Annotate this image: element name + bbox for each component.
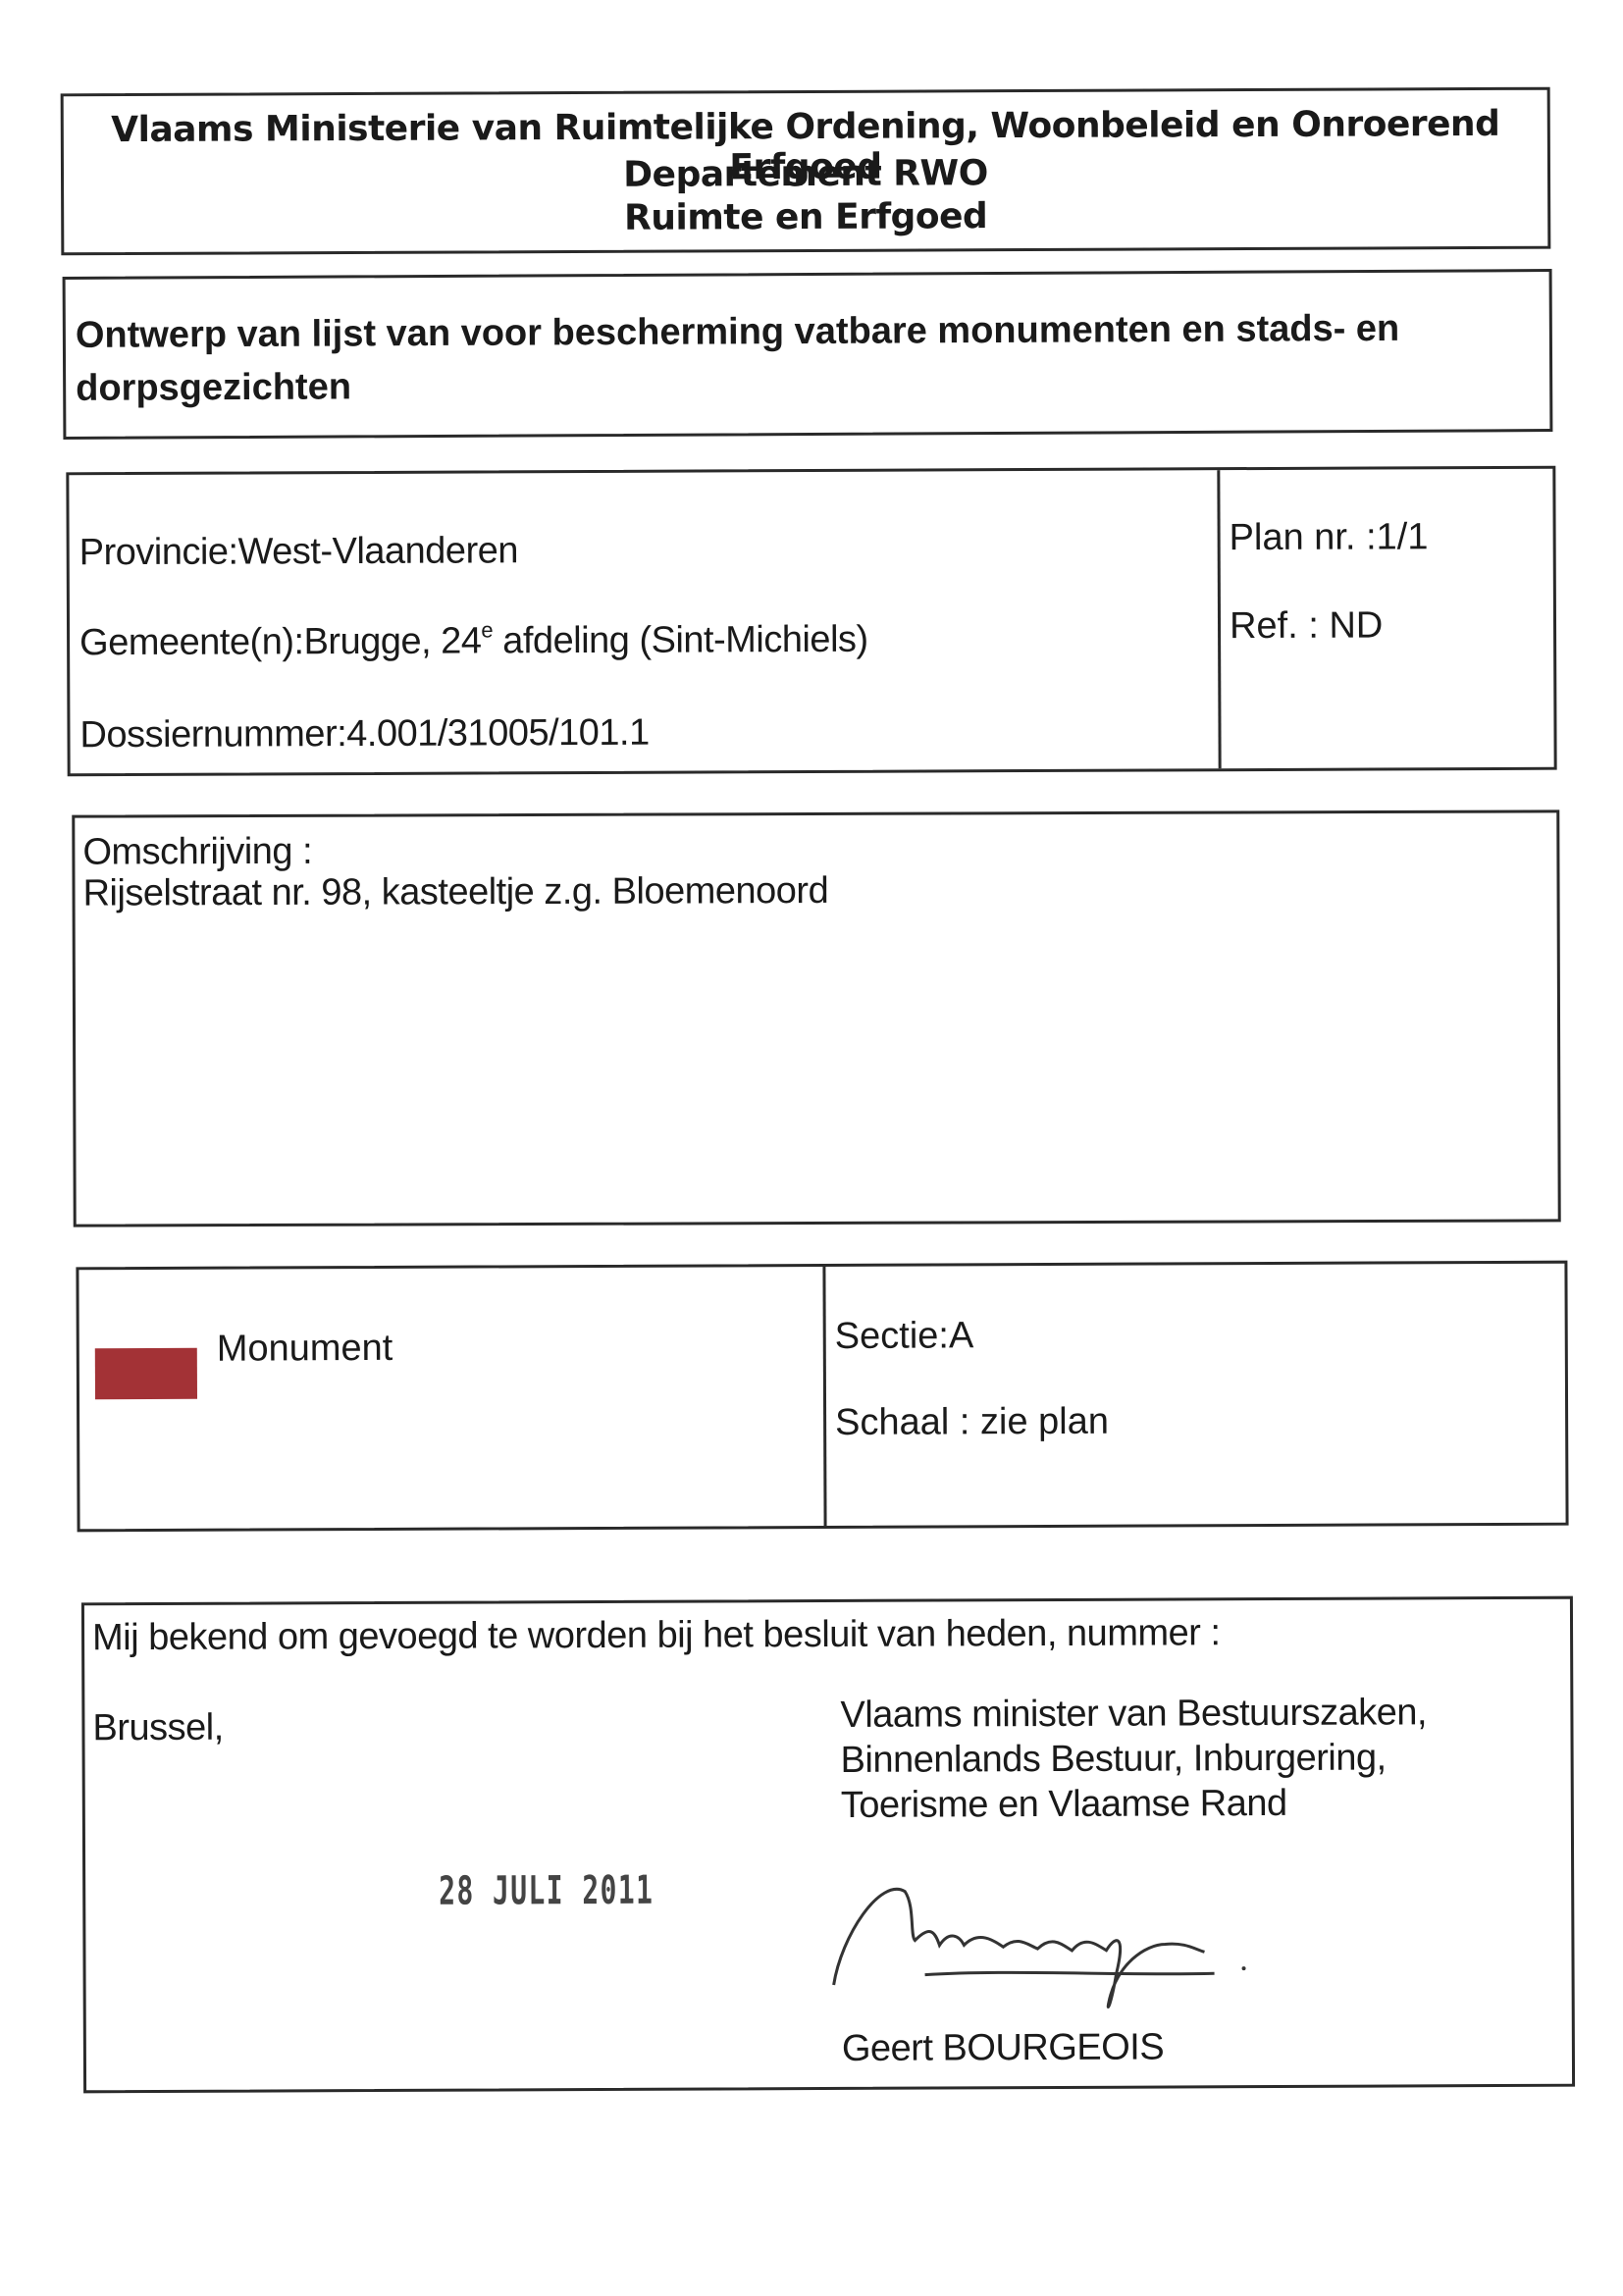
monument-label: Monument	[217, 1328, 393, 1371]
sectie-field: Sectie:A	[835, 1315, 974, 1358]
location-info-box: Provincie:West-Vlaanderen Gemeente(n):Br…	[66, 466, 1556, 777]
department-name: Departement RWO	[64, 151, 1547, 198]
legend-box: Monument Sectie:A Schaal : zie plan	[76, 1261, 1568, 1533]
minister-title: Vlaams minister van Bestuurszaken, Binne…	[840, 1690, 1427, 1828]
column-divider	[822, 1267, 826, 1526]
monument-color-swatch	[95, 1348, 197, 1399]
dossiernummer-field: Dossiernummer:4.001/31005/101.1	[79, 712, 649, 757]
division-name: Ruimte en Erfgoed	[64, 194, 1547, 241]
schaal-field: Schaal : zie plan	[835, 1401, 1109, 1444]
description-value: Rijselstraat nr. 98, kasteeltje z.g. Blo…	[82, 870, 828, 914]
approval-box: Mij bekend om gevoegd te worden bij het …	[81, 1596, 1575, 2094]
gemeente-field: Gemeente(n):Brugge, 24e afdeling (Sint-M…	[79, 619, 868, 665]
ministry-header: Vlaams Ministerie van Ruimtelijke Ordeni…	[61, 87, 1551, 256]
approval-statement: Mij bekend om gevoegd te worden bij het …	[92, 1610, 1221, 1660]
description-label: Omschrijving :	[82, 829, 828, 873]
document-title-box: Ontwerp van lijst van voor bescherming v…	[63, 269, 1553, 440]
reference: Ref. : ND	[1230, 604, 1383, 648]
plan-number: Plan nr. :1/1	[1230, 516, 1429, 559]
place: Brussel,	[92, 1705, 223, 1751]
document-title: Ontwerp van lijst van voor bescherming v…	[76, 301, 1529, 415]
description-box: Omschrijving : Rijselstraat nr. 98, kast…	[72, 809, 1560, 1226]
provincie-field: Provincie:West-Vlaanderen	[79, 530, 518, 574]
date-stamp: 28 JULI 2011	[439, 1868, 654, 1914]
signature-icon	[821, 1864, 1411, 2024]
signatory-name: Geert BOURGEOIS	[842, 2025, 1164, 2071]
column-divider	[1217, 470, 1221, 768]
description-text: Omschrijving : Rijselstraat nr. 98, kast…	[82, 829, 828, 914]
